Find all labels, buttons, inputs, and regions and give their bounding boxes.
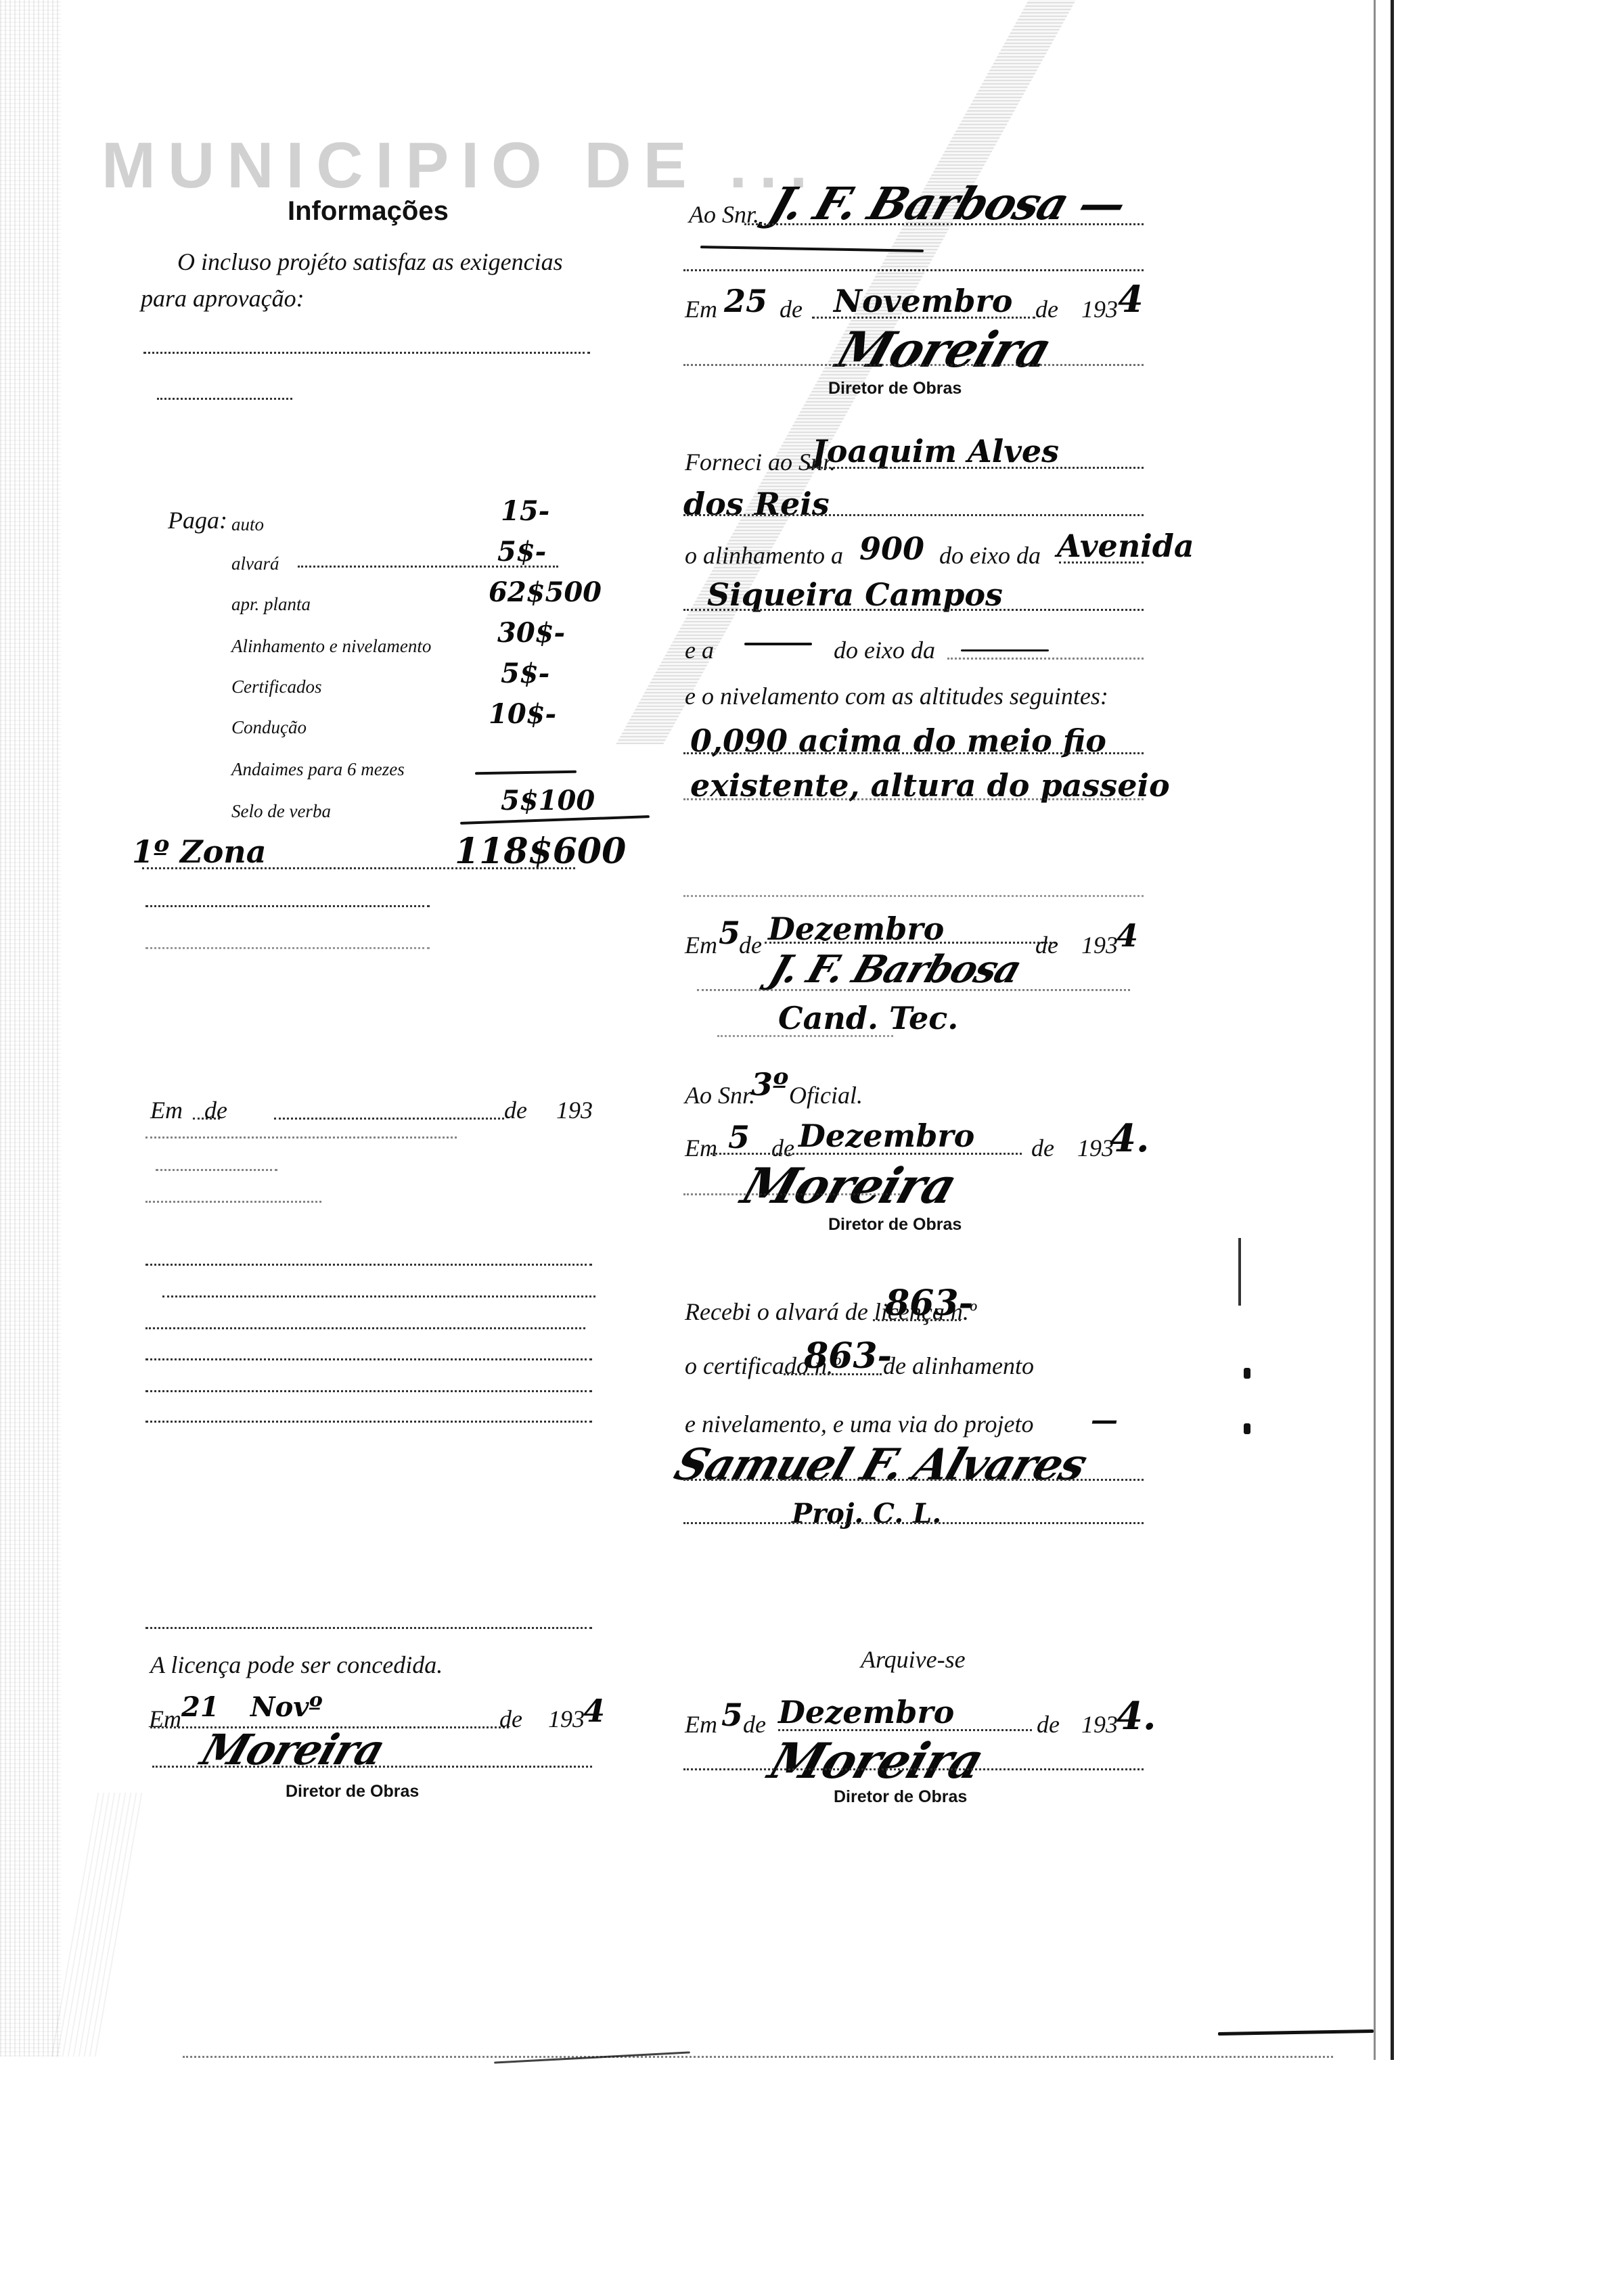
dotted-line [683, 269, 1144, 271]
scanned-permit-form: MUNICIPIO DE ... Informações O incluso p… [0, 0, 1401, 2060]
do-eixo-dash [961, 649, 1049, 651]
fee-value: 5$- [497, 536, 546, 568]
technician-signature: J. F. Barbosa [764, 947, 1026, 992]
signature-line [152, 1766, 592, 1768]
director-signature: Moreira [762, 1732, 990, 1789]
recipient-handwritten: 3º [751, 1066, 788, 1103]
dotted-line [683, 609, 1144, 611]
arquive-se-label: Arquive-se [861, 1645, 966, 1674]
role-director-de-obras: Diretor de Obras [286, 1782, 419, 1801]
date-de-label: de [499, 1705, 522, 1733]
certificado-number: 863- [804, 1335, 892, 1377]
recipient-handwritten: J. F. Barbosa — [763, 177, 1132, 230]
scan-noise-left-edge [0, 0, 61, 2057]
director-signature: Moreira [735, 1157, 963, 1214]
dotted-line [683, 752, 1144, 754]
date-day: 5 [728, 1119, 750, 1155]
dotted-line [143, 352, 590, 354]
dotted-line [145, 1136, 457, 1139]
approval-day: 21 [181, 1691, 219, 1723]
street-name: Siqueira Campos [707, 576, 1003, 613]
paga-label: Paga: [168, 506, 227, 534]
dotted-line [145, 1264, 592, 1266]
nivelamento-via-label: e nivelamento, e uma via do projeto [685, 1410, 1034, 1438]
fee-value: 30$- [497, 617, 565, 649]
date-year-prefix: 193 [1077, 1134, 1114, 1162]
owner-name-line2: dos Reis [683, 486, 830, 522]
date-em-label: Em [685, 1134, 717, 1162]
date-year-prefix: 193 [1081, 295, 1118, 323]
fee-value: 5$- [501, 658, 549, 689]
role-director-de-obras: Diretor de Obras [828, 1215, 962, 1235]
fee-value-dash [475, 771, 577, 775]
fee-label: Selo de verba [231, 801, 331, 822]
signature-line [697, 989, 1130, 991]
dotted-line [683, 798, 1144, 800]
date-month: Dezembro [798, 1118, 974, 1154]
fee-label: Alinhamento e nivelamento [231, 636, 431, 657]
dotted-line [156, 1169, 277, 1171]
dotted-line [162, 1295, 595, 1298]
fee-value: 15- [501, 495, 549, 527]
nivelamento-label: e o nivelamento com as altitudes seguint… [685, 682, 1108, 710]
dotted-line [683, 895, 1144, 897]
date-year-prefix: 193 [1081, 1710, 1118, 1739]
page-bottom-edge [183, 2053, 1333, 2058]
date-em-label: Em [685, 295, 717, 323]
dotted-line [947, 658, 1144, 660]
date-de-label: de [204, 1096, 227, 1124]
ea-dash [744, 643, 812, 645]
dotted-line [145, 1421, 592, 1423]
projeto-dash: — [1091, 1404, 1118, 1436]
page-right-edge-shadow [1374, 0, 1376, 2060]
signature-line [683, 364, 1144, 366]
date-de-label: de [1037, 1710, 1060, 1739]
date-year-suffix: 4. [1110, 1116, 1149, 1161]
recipient-signature-line2: Proj. C. L. [792, 1498, 941, 1530]
director-signature: Moreira [830, 321, 1058, 378]
margin-punch-mark [1244, 1368, 1250, 1379]
date-year-suffix: 4 [1116, 917, 1138, 954]
margin-punch-mark [1244, 1423, 1250, 1434]
fee-value: 62$500 [489, 576, 602, 608]
date-em-label: Em [685, 931, 717, 959]
dotted-line [145, 1327, 585, 1329]
alinhamento-label: o alinhamento a [685, 541, 843, 570]
date-year-suffix: 4 [583, 1693, 605, 1729]
date-de-label: de [1031, 1134, 1054, 1162]
bottom-right-scan-mark [1218, 2029, 1374, 2036]
fees-total: 118$600 [455, 831, 626, 872]
fee-label: alvará [231, 553, 279, 574]
date-year-prefix: 193 [548, 1705, 585, 1733]
do-eixo-da-label: do eixo da [834, 636, 935, 664]
page-right-edge [1391, 0, 1394, 2060]
dotted-line [710, 1153, 1022, 1155]
handwritten-zone-note: 1º Zona [132, 833, 267, 870]
signature-line [717, 1035, 893, 1037]
role-director-de-obras: Diretor de Obras [828, 379, 962, 398]
date-day: 5 [721, 1697, 743, 1733]
dotted-line [683, 514, 1144, 516]
fee-value: 10$- [489, 698, 556, 730]
dotted-line [145, 1627, 592, 1629]
dotted-line [873, 1319, 961, 1321]
scan-noise-left-bottom [51, 1793, 145, 2057]
approval-text: A licença pode ser concedida. [150, 1651, 443, 1679]
date-year-prefix: 193 [1081, 931, 1118, 959]
date-de-label: de [743, 1710, 766, 1739]
fee-label: Condução [231, 717, 307, 738]
do-eixo-label: do eixo da [939, 541, 1041, 570]
dotted-line [157, 398, 292, 400]
street-type: Avenida [1057, 528, 1194, 564]
ea-label: e a [685, 636, 714, 664]
dotted-line [274, 1118, 504, 1120]
dotted-line [812, 317, 1035, 319]
date-em-label: Em [150, 1096, 183, 1124]
dotted-line [145, 947, 430, 949]
date-month: Novembro [834, 283, 1012, 319]
approval-month: Novº [250, 1691, 322, 1723]
alinhamento-value: 900 [859, 530, 924, 567]
margin-line-mark [1238, 1238, 1241, 1306]
date-de-label: de [1035, 295, 1058, 323]
fee-value: 5$100 [501, 785, 595, 817]
date-em-label: Em [685, 1710, 717, 1739]
date-de-label: de [1035, 931, 1058, 959]
dotted-line [145, 1358, 592, 1360]
date-de-label: de [739, 931, 762, 959]
fee-label: Andaimes para 6 mezes [231, 759, 405, 780]
dotted-line [778, 1729, 1032, 1731]
owner-name-line1: Joaquim Alves [812, 433, 1059, 469]
ao-snr-label: Ao Snr. [685, 1081, 755, 1109]
intro-line-1: O incluso projéto satisfaz as exigencias [177, 248, 563, 276]
dotted-line [765, 942, 1056, 944]
date-day: 5 [719, 915, 740, 951]
intro-line-2: para aprovação: [141, 284, 304, 313]
dotted-line [145, 1390, 592, 1392]
dotted-line [809, 467, 1144, 469]
signature-flourish [700, 246, 924, 252]
date-month: Dezembro [778, 1694, 954, 1730]
signature-line [683, 1193, 900, 1195]
dotted-line [145, 905, 430, 907]
date-day: 25 [724, 283, 767, 319]
faded-header-stamp: MUNICIPIO DE ... [101, 129, 812, 203]
date-year-suffix: 4. [1116, 1694, 1156, 1739]
technician-role-handwritten: Cand. Tec. [778, 1000, 958, 1036]
date-de-label: de [504, 1096, 527, 1124]
role-director-de-obras: Diretor de Obras [834, 1787, 967, 1807]
sum-underline [460, 815, 650, 825]
oficial-label: Oficial. [789, 1081, 863, 1109]
de-alinhamento-label: de alinhamento [883, 1352, 1034, 1380]
fee-label: Certificados [231, 676, 322, 697]
dotted-line [142, 867, 575, 869]
date-em-label: Em [149, 1705, 181, 1733]
fee-label: auto [231, 514, 264, 535]
dotted-line [784, 1373, 882, 1375]
date-year-suffix: 4 [1118, 277, 1144, 321]
section-title-informacoes: Informações [288, 196, 449, 227]
date-year-prefix: 193 [556, 1096, 593, 1124]
dotted-line [744, 223, 1144, 225]
dotted-line [1059, 561, 1144, 564]
date-de-label: de [780, 295, 803, 323]
dotted-line [145, 1201, 321, 1203]
signature-line [683, 1768, 1144, 1770]
signature-line [683, 1522, 1144, 1524]
recipient-signature: Samuel F. Alvares [669, 1440, 1092, 1490]
signature-line [683, 1479, 1144, 1481]
fee-label: apr. planta [231, 594, 311, 615]
alvara-number: 863- [885, 1283, 973, 1324]
